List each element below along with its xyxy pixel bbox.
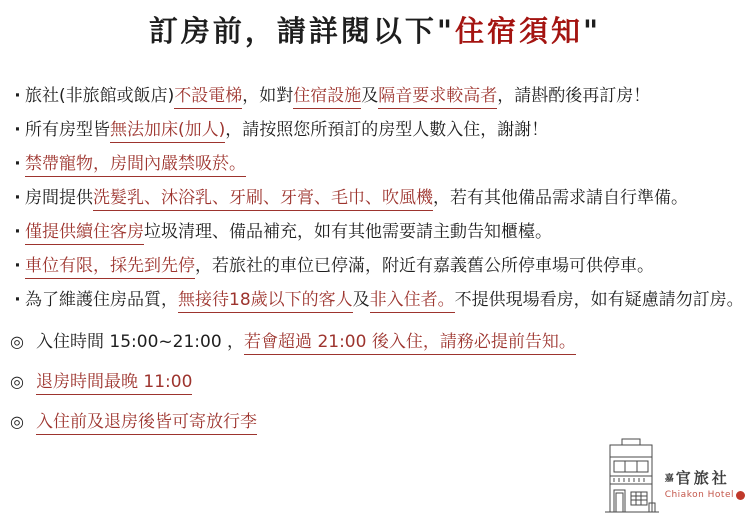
text-segment: ，請按照您所預訂的房型人數入住，謝謝！ — [225, 120, 548, 140]
notice-item: ·僅提供續住客房垃圾清理、備品補充，如有其他需要請主動告知櫃檯。 — [10, 215, 746, 249]
notice-item: ·為了維護住房品質，無接待18歲以下的客人及非入住者。不提供現場看房，如有疑慮請… — [10, 283, 746, 317]
text-segment: 僅提供續住客房 — [25, 222, 144, 245]
notice-page: 訂房前，請詳閱以下"住宿須知" ·旅社(非旅館或飯店)不設電梯，如對住宿設施及隔… — [0, 0, 750, 527]
text-segment: 垃圾清理、備品補充，如有其他需要請主動告知櫃檯。 — [144, 222, 552, 242]
text-segment: 房間提供 — [25, 188, 93, 208]
double-circle-bullet-icon: ◎ — [10, 322, 36, 362]
text-segment: ，若有其他備品需求請自行準備。 — [433, 188, 688, 208]
hotel-name-en-row: Chiakon Hotel — [665, 490, 745, 500]
hotel-logo-text: 嘉 官旅社 Chiakon Hotel — [665, 471, 745, 522]
dot-bullet-icon: · — [10, 79, 25, 113]
notice-item: ◎退房時間最晚 11:00 — [10, 362, 746, 402]
hotel-name-zh: 嘉 官旅社 — [665, 471, 745, 486]
hotel-logo: 嘉 官旅社 Chiakon Hotel — [601, 436, 745, 522]
text-segment: 及 — [361, 86, 378, 106]
notice-item: ·旅社(非旅館或飯店)不設電梯，如對住宿設施及隔音要求較高者，請斟酌後再訂房！ — [10, 79, 746, 113]
hotel-name-zh-small: 嘉 — [665, 475, 674, 486]
notice-text: 僅提供續住客房垃圾清理、備品補充，如有其他需要請主動告知櫃檯。 — [25, 222, 552, 245]
notice-text: 所有房型皆無法加床(加人)，請按照您所預訂的房型人數入住，謝謝！ — [25, 120, 548, 143]
text-segment: 入住時間 15:00~21:00 ， — [36, 332, 244, 352]
hotel-name-zh-main: 官旅社 — [676, 471, 730, 486]
dot-bullet-icon: · — [10, 181, 25, 215]
text-segment: 及 — [353, 290, 370, 310]
notice-text: 為了維護住房品質，無接待18歲以下的客人及非入住者。不提供現場看房，如有疑慮請勿… — [25, 290, 744, 313]
notice-item: ◎入住時間 15:00~21:00 ，若會超過 21:00 後入住，請務必提前告… — [10, 322, 746, 362]
text-segment: ，請斟酌後再訂房！ — [497, 86, 650, 106]
text-segment: ，若旅社的車位已停滿，附近有嘉義舊公所停車場可供停車。 — [195, 256, 654, 276]
text-segment: 無法加床(加人) — [110, 120, 225, 143]
title-quote-close-icon: " — [583, 14, 601, 48]
title-prefix: 訂房前，請詳閱以下 — [149, 14, 437, 48]
notice-text: 禁帶寵物，房間內嚴禁吸菸。 — [25, 154, 246, 177]
notice-text: 車位有限，採先到先停，若旅社的車位已停滿，附近有嘉義舊公所停車場可供停車。 — [25, 256, 654, 279]
dot-bullet-icon: · — [10, 147, 25, 181]
dot-bullet-icon: · — [10, 215, 25, 249]
text-segment: 洗髮乳、沐浴乳、牙刷、牙膏、毛巾、吹風機 — [93, 188, 433, 211]
notice-text: 入住時間 15:00~21:00 ，若會超過 21:00 後入住，請務必提前告知… — [36, 332, 576, 355]
text-segment: 不提供現場看房，如有疑慮請勿訂房。 — [455, 290, 744, 310]
red-seal-icon — [736, 491, 745, 500]
text-segment: 不設電梯 — [174, 86, 242, 109]
notice-item: ·車位有限，採先到先停，若旅社的車位已停滿，附近有嘉義舊公所停車場可供停車。 — [10, 249, 746, 283]
dot-bullet-icon: · — [10, 113, 25, 147]
text-segment: 住宿設施 — [293, 86, 361, 109]
building-illustration-icon — [601, 436, 663, 522]
title-highlight: 住宿須知 — [455, 14, 583, 48]
notice-text: 旅社(非旅館或飯店)不設電梯，如對住宿設施及隔音要求較高者，請斟酌後再訂房！ — [25, 86, 650, 109]
notice-item: ·所有房型皆無法加床(加人)，請按照您所預訂的房型人數入住，謝謝！ — [10, 113, 746, 147]
page-title: 訂房前，請詳閱以下"住宿須知" — [0, 0, 750, 50]
double-circle-bullet-icon: ◎ — [10, 402, 36, 442]
hotel-name-en: Chiakon Hotel — [665, 490, 734, 500]
notice-item: ·禁帶寵物，房間內嚴禁吸菸。 — [10, 147, 746, 181]
text-segment: ，如對 — [242, 86, 293, 106]
text-segment: 旅社(非旅館或飯店) — [25, 86, 174, 106]
dot-bullet-icon: · — [10, 249, 25, 283]
title-quote-open-icon: " — [437, 14, 455, 48]
notice-text: 房間提供洗髮乳、沐浴乳、牙刷、牙膏、毛巾、吹風機，若有其他備品需求請自行準備。 — [25, 188, 688, 211]
text-segment: 為了維護住房品質， — [25, 290, 178, 310]
text-segment: 無接待18歲以下的客人 — [178, 290, 353, 313]
double-circle-bullet-icon: ◎ — [10, 362, 36, 402]
text-segment: 所有房型皆 — [25, 120, 110, 140]
notice-text: 入住前及退房後皆可寄放行李 — [36, 412, 257, 435]
text-segment: 隔音要求較高者 — [378, 86, 497, 109]
text-segment: 若會超過 21:00 後入住，請務必提前告知。 — [244, 332, 576, 355]
text-segment: 禁帶寵物，房間內嚴禁吸菸。 — [25, 154, 246, 177]
text-segment: 車位有限，採先到先停 — [25, 256, 195, 279]
text-segment: 退房時間最晚 11:00 — [36, 372, 192, 395]
text-segment: 非入住者。 — [370, 290, 455, 313]
notice-item: ·房間提供洗髮乳、沐浴乳、牙刷、牙膏、毛巾、吹風機，若有其他備品需求請自行準備。 — [10, 181, 746, 215]
notes-list: ·旅社(非旅館或飯店)不設電梯，如對住宿設施及隔音要求較高者，請斟酌後再訂房！·… — [10, 79, 746, 442]
notice-text: 退房時間最晚 11:00 — [36, 372, 192, 395]
text-segment: 入住前及退房後皆可寄放行李 — [36, 412, 257, 435]
dot-bullet-icon: · — [10, 283, 25, 317]
